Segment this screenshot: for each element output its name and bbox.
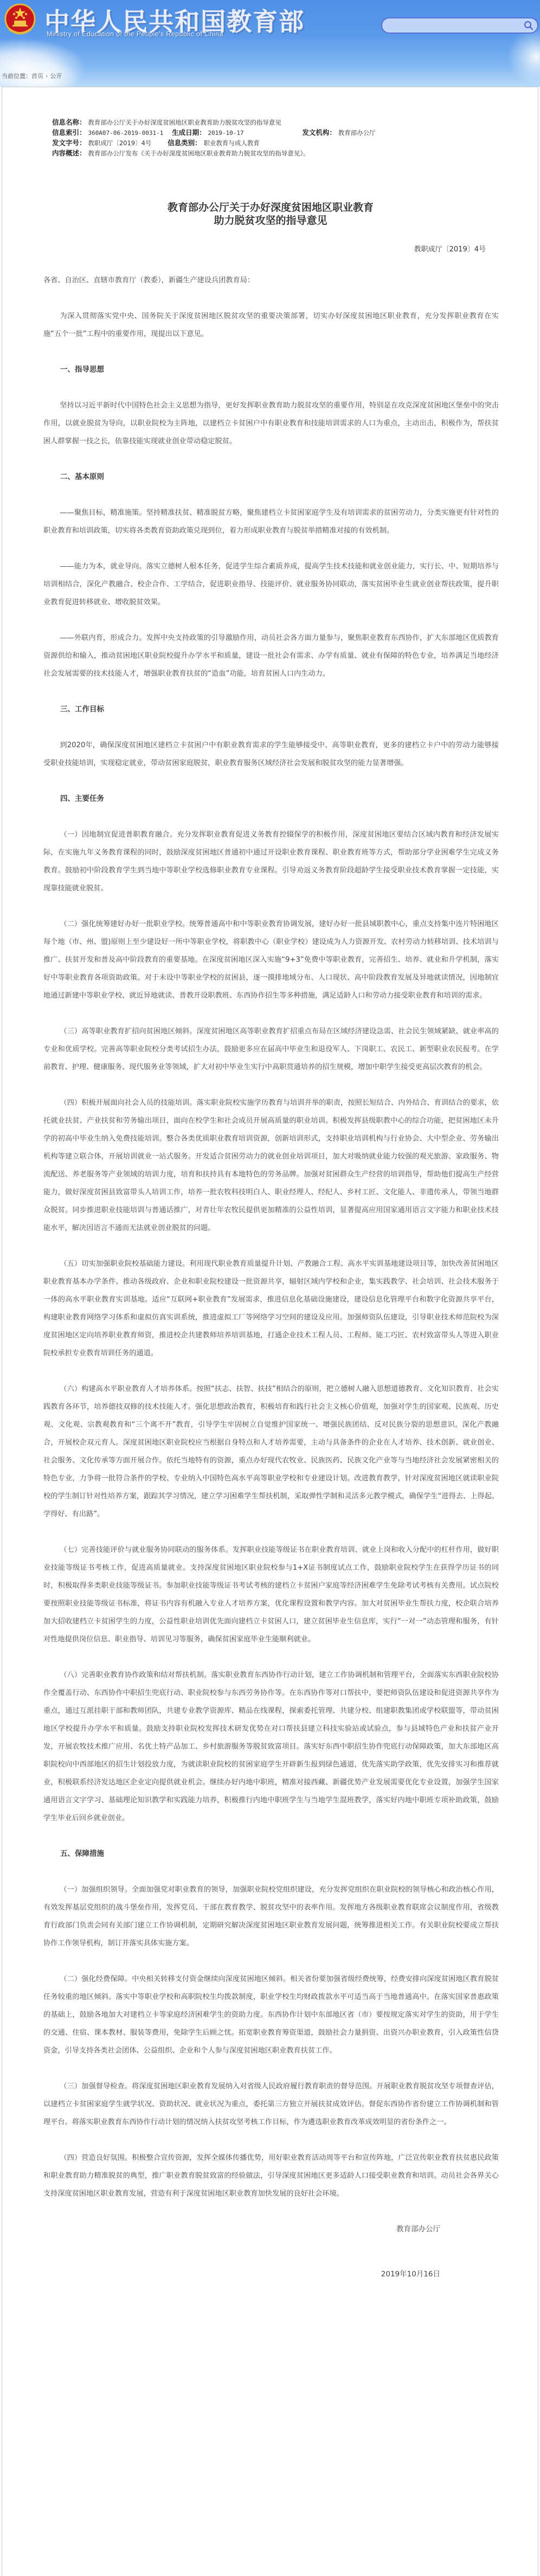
paragraph: （三）高等职业教育扩招向贫困地区倾斜。深度贫困地区高等职业教育扩招重点布局在区域… [43, 1022, 499, 1076]
search-input[interactable] [388, 21, 518, 30]
meta-label-category: 信息类别： [168, 139, 202, 147]
paragraph: ——能力为本，就业导向。落实立德树人根本任务，促进学生综合素质养成，提高学生技术… [43, 558, 499, 611]
meta-value-category: 职业教育与成人教育 [203, 139, 260, 147]
breadcrumb: 当前位置：首页›公开 [2, 72, 62, 80]
paragraph: ——聚焦目标，精准施策。坚持精准扶贫、精准脱贫方略，聚焦建档立卡贫困家庭学生及有… [43, 504, 499, 540]
meta-value-summary: 教育部办公厅发布《关于办好深度贫困地区职业教育助力脱贫攻坚的指导意见》。 [88, 150, 309, 157]
national-emblem-icon [4, 3, 36, 37]
section-heading: 二、基本原则 [43, 468, 499, 486]
paragraph: （二）强化经费保障。中央相关转移支付资金继续向深度贫困地区倾斜。相关省份要加强省… [43, 1970, 499, 2060]
paragraph: （一）因地制宜促进普职教育融合。充分发挥职业教育促进义务教育控辍保学的积极作用，… [43, 826, 499, 897]
meta-row-name: 信息名称： 教育部办公厅关于办好深度贫困地区职业教育助力脱贫攻坚的指导意见 [52, 117, 486, 127]
search-icon[interactable] [523, 20, 534, 31]
salutation: 各省、自治区、直辖市教育厅（教委），新疆生产建设兵团教育局： [43, 271, 499, 289]
document-title-line1: 教育部办公厅关于办好深度贫困地区职业教育 [2, 201, 539, 214]
document-title-line2: 助力脱贫攻坚的指导意见 [2, 214, 539, 227]
paragraph: （二）强化统筹建好办好一批职业学校。统筹普通高中和中等职业教育协调发展，建好办好… [43, 915, 499, 1005]
meta-value-docno: 教职成厅〔2019〕4号 [88, 139, 151, 147]
dandelion-decoration [507, 27, 540, 87]
info-metadata-table: 信息名称： 教育部办公厅关于办好深度贫困地区职业教育助力脱贫攻坚的指导意见 信息… [52, 117, 486, 158]
paragraph: ——外联内育，形成合力。发挥中央支持政策的引导激励作用，动员社会各方面力量参与，… [43, 629, 499, 683]
breadcrumb-public[interactable]: 公开 [50, 73, 62, 80]
breadcrumb-label: 当前位置： [2, 73, 31, 80]
site-header: 中华人民共和国教育部 Ministry of Education of the … [0, 0, 540, 87]
paragraph: （六）构建高水平职业教育人才培养体系。按照“扶志、扶智、扶技”相结合的原则，把立… [43, 1380, 499, 1523]
site-subtitle: Ministry of Education of the People's Re… [47, 30, 223, 38]
paragraph: （七）完善技能评价与就业服务协同联动的服务体系。发挥职业技能等级证书在职业教育培… [43, 1541, 499, 1648]
meta-label-summary: 内容概述： [52, 149, 86, 157]
section-heading: 三、工作目标 [43, 701, 499, 719]
paragraph: （八）完善职业教育协作政策和结对帮扶机制。落实职业教育东西协作行动计划，建立工作… [43, 1666, 499, 1827]
meta-label-issuer: 发文机构： [302, 128, 336, 137]
paragraph: （四）积极开展面向社会人员的技能培训。落实职业院校实施学历教育与培训并举的职责，… [43, 1094, 499, 1237]
meta-row-summary: 内容概述： 教育部办公厅发布《关于办好深度贫困地区职业教育助力脱贫攻坚的指导意见… [52, 148, 486, 158]
signature-date: 2019年10月16日 [43, 2266, 499, 2283]
paragraph: （三）加强督导检查。将深度贫困地区职业教育发展纳入对省级人民政府履行教育职责的督… [43, 2077, 499, 2131]
meta-row-docno: 发文字号： 教职成厅〔2019〕4号 信息类别： 职业教育与成人教育 [52, 138, 486, 148]
paragraph: （四）营造良好氛围。积极整合宣传资源，发挥全媒体传播优势，用好职业教育活动周等平… [43, 2149, 499, 2203]
meta-label-index: 信息索引： [52, 128, 86, 137]
meta-value-index: 360A07-06-2019-0031-1 [88, 130, 163, 137]
meta-row-index: 信息索引： 360A07-06-2019-0031-1 生成日期： 2019-1… [52, 127, 486, 138]
meta-value-date: 2019-10-17 [208, 130, 243, 137]
signature-issuer: 教育部办公厅 [43, 2221, 499, 2238]
document-title: 教育部办公厅关于办好深度贫困地区职业教育 助力脱贫攻坚的指导意见 [2, 201, 539, 227]
intro-paragraph: 为深入贯彻落实党中央、国务院关于深度贫困地区脱贫攻坚的重要决策部署，切实办好深度… [43, 307, 499, 343]
content-frame: 信息名称： 教育部办公厅关于办好深度贫困地区职业教育助力脱贫攻坚的指导意见 信息… [2, 87, 538, 2576]
meta-label-date: 生成日期： [172, 128, 206, 137]
breadcrumb-separator: › [46, 73, 48, 80]
section-heading: 五、保障措施 [43, 1845, 499, 1863]
document-number: 教职成厅〔2019〕4号 [414, 243, 486, 254]
document-body: 各省、自治区、直辖市教育厅（教委），新疆生产建设兵团教育局： 为深入贯彻落实党中… [43, 271, 499, 2283]
meta-label-docno: 发文字号： [52, 139, 86, 147]
breadcrumb-home[interactable]: 首页 [31, 73, 43, 80]
section-heading: 四、主要任务 [43, 790, 499, 808]
meta-label-name: 信息名称： [52, 118, 86, 126]
paragraph: （五）切实加强职业院校基础能力建设。利用现代职业教育质量提升计划、产教融合工程、… [43, 1255, 499, 1362]
paragraph: （一）加强组织领导。全面加强党对职业教育的领导，加强职业院校党组织建设，充分发挥… [43, 1881, 499, 1952]
section-heading: 一、指导思想 [43, 361, 499, 379]
paragraph: 坚持以习近平新时代中国特色社会主义思想为指导，更好发挥职业教育助力脱贫攻坚的重要… [43, 397, 499, 450]
paragraph: 到2020年，确保深度贫困地区建档立卡贫困户中有职业教育需求的学生能够接受中、高… [43, 736, 499, 772]
search-box [381, 17, 538, 34]
meta-value-name: 教育部办公厅关于办好深度贫困地区职业教育助力脱贫攻坚的指导意见 [88, 119, 281, 126]
meta-value-issuer: 教育部办公厅 [338, 129, 376, 137]
